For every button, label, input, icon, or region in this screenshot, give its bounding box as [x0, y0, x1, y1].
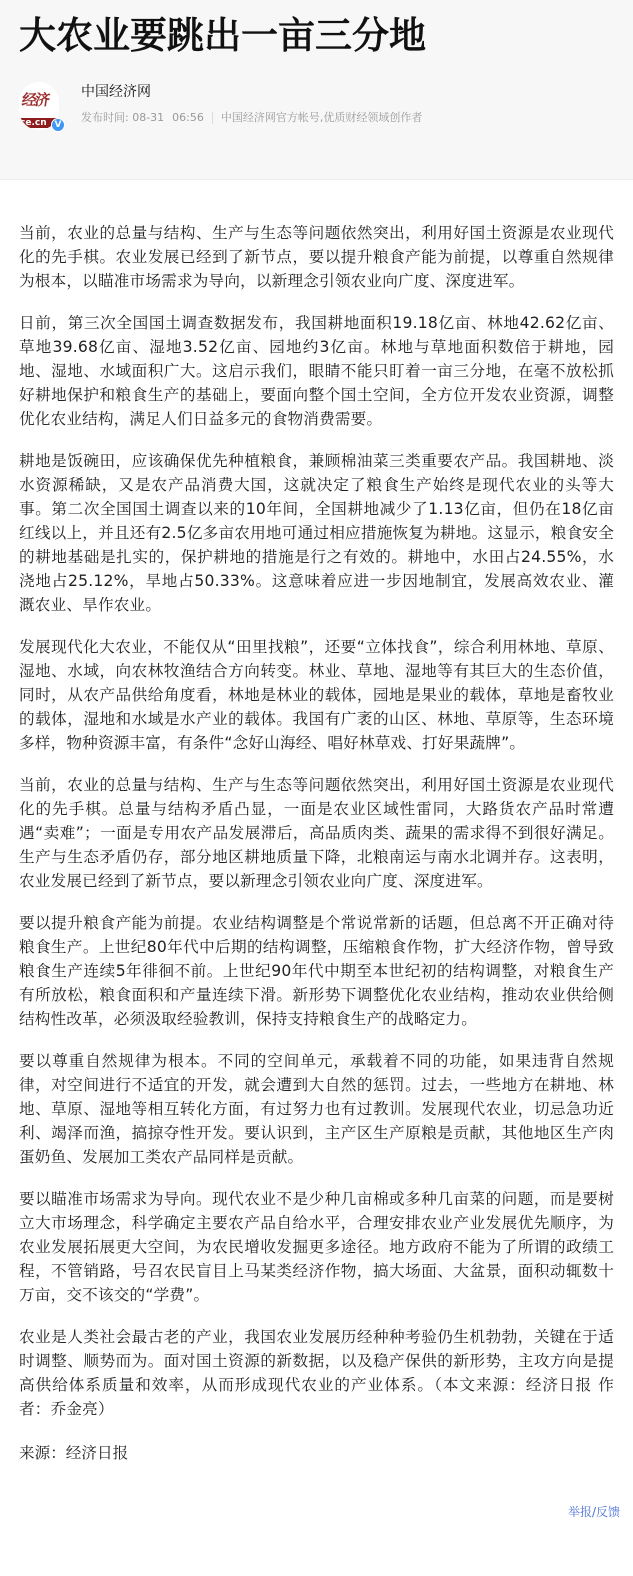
article-paragraph: 要以瞄准市场需求为导向。现代农业不是少种几亩棉或多种几亩菜的问题，而是要树立大市… — [19, 1187, 614, 1307]
article-paragraph: 日前，第三次全国国土调查数据发布，我国耕地面积19.18亿亩、林地42.62亿亩… — [19, 311, 614, 431]
article-paragraph: 农业是人类社会最古老的产业，我国农业发展历经种种考验仍生机勃勃，关键在于适时调整… — [19, 1325, 614, 1421]
author-description: 中国经济网官方帐号,优质财经领域创作者 — [221, 110, 423, 126]
article-footer: 举报/反馈 — [0, 1465, 633, 1545]
article-body: 当前，农业的总量与结构、生产与生态等问题依然突出，利用好国土资源是农业现代化的先… — [0, 180, 633, 1465]
publish-info: 发布时间: 08-31 06:56 中国经济网官方帐号,优质财经领域创作者 — [81, 110, 422, 126]
verified-badge-icon: V — [51, 118, 65, 132]
article-source: 来源：经济日报 — [19, 1441, 614, 1465]
article-paragraph: 当前，农业的总量与结构、生产与生态等问题依然突出，利用好国土资源是农业现代化的先… — [19, 773, 614, 893]
author-meta: 中国经济网 发布时间: 08-31 06:56 中国经济网官方帐号,优质财经领域… — [81, 80, 422, 126]
article-paragraph: 当前，农业的总量与结构、生产与生态等问题依然突出，利用好国土资源是农业现代化的先… — [19, 221, 614, 293]
article-title: 大农业要跳出一亩三分地 — [19, 10, 614, 62]
author-avatar[interactable]: 经济 ce.cn V — [19, 82, 59, 130]
author-name[interactable]: 中国经济网 — [81, 82, 422, 102]
article-paragraph: 发展现代化大农业，不能仅从“田里找粮”，还要“立体找食”，综合利用林地、草原、湿… — [19, 635, 614, 755]
report-feedback-link[interactable]: 举报/反馈 — [568, 1505, 620, 1519]
article-paragraph: 要以尊重自然规律为根本。不同的空间单元，承载着不同的功能，如果违背自然规律，对空… — [19, 1049, 614, 1169]
author-info: 经济 ce.cn V 中国经济网 发布时间: 08-31 06:56 中国经济网… — [19, 80, 422, 130]
publish-time: 06:56 — [172, 110, 204, 126]
meta-divider — [212, 112, 213, 124]
avatar-logo-text: 经济 — [21, 89, 50, 110]
article-paragraph: 耕地是饭碗田，应该确保优先种植粮食，兼顾棉油菜三类重要农产品。我国耕地、淡水资源… — [19, 449, 614, 617]
article-header: 大农业要跳出一亩三分地 经济 ce.cn V 中国经济网 发布时间: 08-31… — [0, 0, 633, 180]
article-paragraph: 要以提升粮食产能为前提。农业结构调整是个常说常新的话题，但总离不开正确对待粮食生… — [19, 911, 614, 1031]
publish-date: 发布时间: 08-31 — [81, 110, 164, 126]
